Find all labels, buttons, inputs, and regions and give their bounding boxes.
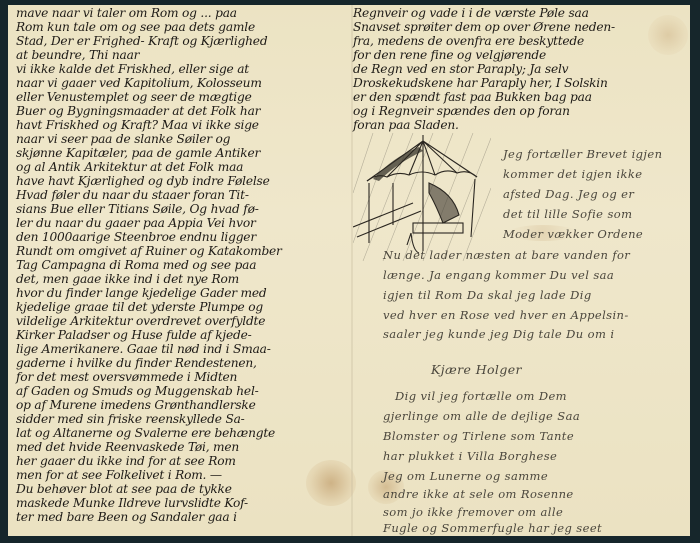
pencil-text-line: afsted Dag. Jeg og er	[503, 187, 634, 201]
pencil-text-line: saaler jeg kunde jeg Dig tale Du om i	[383, 327, 614, 341]
text-line: naar vi seer paa de slanke Søiler og	[16, 132, 230, 146]
text-line: Droskekudskene har Paraply her, I Solski…	[353, 76, 608, 90]
text-line: kjedelige graae til det yderste Plumpe o…	[16, 300, 263, 314]
pencil-text-line: kommer det igjen ikke	[503, 167, 642, 181]
text-line: lat og Altanerne og Svalerne ere behængt…	[16, 426, 275, 440]
text-line: Rundt om omgivet af Ruiner og Katakomber	[16, 244, 282, 258]
text-line: sians Bue eller Titians Søile, Og hvad f…	[16, 202, 259, 216]
text-line: maskede Munke Ildreve lurvslidte Kof-	[16, 496, 248, 510]
text-line: mave naar vi taler om Rom og ... paa	[16, 6, 237, 20]
text-line: den 1000aarige Steenbroe endnu ligger	[16, 230, 256, 244]
right-page: Regnveir og vade i i de værste Pøle saa …	[353, 5, 690, 536]
pencil-text-line: Dig vil jeg fortælle om Dem	[395, 389, 567, 403]
text-line: gaderne i hvilke du finder Rendestenen,	[16, 356, 257, 370]
text-line: Du behøver blot at see paa de tykke	[16, 482, 232, 496]
text-line: foran paa Sladen.	[353, 118, 459, 132]
text-line: fra, medens de ovenfra ere beskyttede	[353, 34, 584, 48]
text-line: Kirker Paladser og Huse fulde af kjede-	[16, 328, 252, 342]
pencil-text-line: gjerlinge om alle de dejlige Saa	[383, 409, 580, 423]
pencil-text-line: Moder vækker Ordene	[503, 227, 643, 241]
text-line: for det mest oversvømmede i Midten	[16, 370, 237, 384]
text-line: med det hvide Reenvaskede Tøi, men	[16, 440, 239, 454]
pencil-text-line: Jeg om Lunerne og samme	[383, 469, 548, 483]
text-line: vildelige Arkitektur overdrevet overfyld…	[16, 314, 265, 328]
text-line: Regnveir og vade i i de værste Pøle saa	[353, 6, 589, 20]
text-line: er den spændt fast paa Bukken bag paa	[353, 90, 592, 104]
text-line: men for at see Folkelivet i Rom. —	[16, 468, 222, 482]
pencil-text-line: har plukket i Villa Borghese	[383, 449, 557, 463]
text-line: de Regn ved en stor Paraply; Ja selv	[353, 62, 568, 76]
text-line: lige Amerikanere. Gaae til nød ind i Sma…	[16, 342, 271, 356]
text-line: eller Venustemplet og seer de mægtige	[16, 90, 252, 104]
left-page: mave naar vi taler om Rom og ... paa Rom…	[8, 5, 353, 536]
umbrella-carriage-sketch-icon	[353, 133, 491, 261]
pencil-text-line: Blomster og Tirlene som Tante	[383, 429, 574, 443]
text-line: ler du naar du gaaer paa Appia Vei hvor	[16, 216, 256, 230]
text-line: at beundre, Thi naar	[16, 48, 139, 62]
text-line: naar vi gaaer ved Kapitolium, Kolosseum	[16, 76, 262, 90]
text-line: for den rene fine og velgjørende	[353, 48, 546, 62]
text-line: af Gaden og Smuds og Muggenskab hel-	[16, 384, 259, 398]
pencil-text-line: ved hver en Rose ved hver en Appelsin-	[383, 308, 629, 322]
text-line: vi ikke kalde det Friskhed, eller sige a…	[16, 62, 249, 76]
text-line: det, men gaae ikke ind i det nye Rom	[16, 272, 239, 286]
text-line: Rom kun tale om og see paa dets gamle	[16, 20, 255, 34]
text-line: Stad, Der er Frighed- Kraft og Kjærlighe…	[16, 34, 267, 48]
pencil-text-line: igjen til Rom Da skal jeg lade Dig	[383, 288, 592, 302]
text-line: Buer og Bygningsmaader at det Folk har	[16, 104, 260, 118]
text-line: op af Murene imedens Grønthandlerske	[16, 398, 256, 412]
pencil-text-line: som jo ikke fremover om alle	[383, 505, 563, 519]
text-line: og al Antik Arkitektur at det Folk maa	[16, 160, 243, 174]
scan-border: mave naar vi taler om Rom og ... paa Rom…	[0, 0, 700, 543]
pencil-text-line: andre ikke at sele om Rosenne	[383, 487, 574, 501]
text-line: Hvad føler du naar du staaer foran Tit-	[16, 188, 249, 202]
pencil-text-line: det til lille Sofie som	[503, 207, 632, 221]
pencil-text-line: Nu det lader næsten at bare vanden for	[383, 248, 630, 262]
greeting: Kjære Holger	[431, 362, 522, 377]
pencil-text-line: Jeg fortæller Brevet igjen	[503, 147, 662, 161]
text-line: hvor du finder lange kjedelige Gader med	[16, 286, 267, 300]
text-line: og i Regnveir spændes den op foran	[353, 104, 570, 118]
text-line: skjønne Kapitæler, paa de gamle Antiker	[16, 146, 260, 160]
text-line: Tag Campagna di Roma med og see paa	[16, 258, 256, 272]
letter-paper: mave naar vi taler om Rom og ... paa Rom…	[8, 5, 690, 536]
pencil-text-line: Fugle og Sommerfugle har jeg seet	[383, 521, 602, 535]
text-line: her gaaer du ikke ind for at see Rom	[16, 454, 236, 468]
text-line: Snavset sprøiter dem op over Ørene neden…	[353, 20, 615, 34]
text-line: ter med bare Been og Sandaler gaa i	[16, 510, 237, 524]
pencil-text-line: længe. Ja engang kommer Du vel saa	[383, 268, 614, 282]
text-line: havt Friskhed og Kraft? Maa vi ikke sige	[16, 118, 259, 132]
text-line: have havt Kjærlighed og dyb indre Følels…	[16, 174, 270, 188]
text-line: sidder med sin friske reenskyllede Sa-	[16, 412, 245, 426]
